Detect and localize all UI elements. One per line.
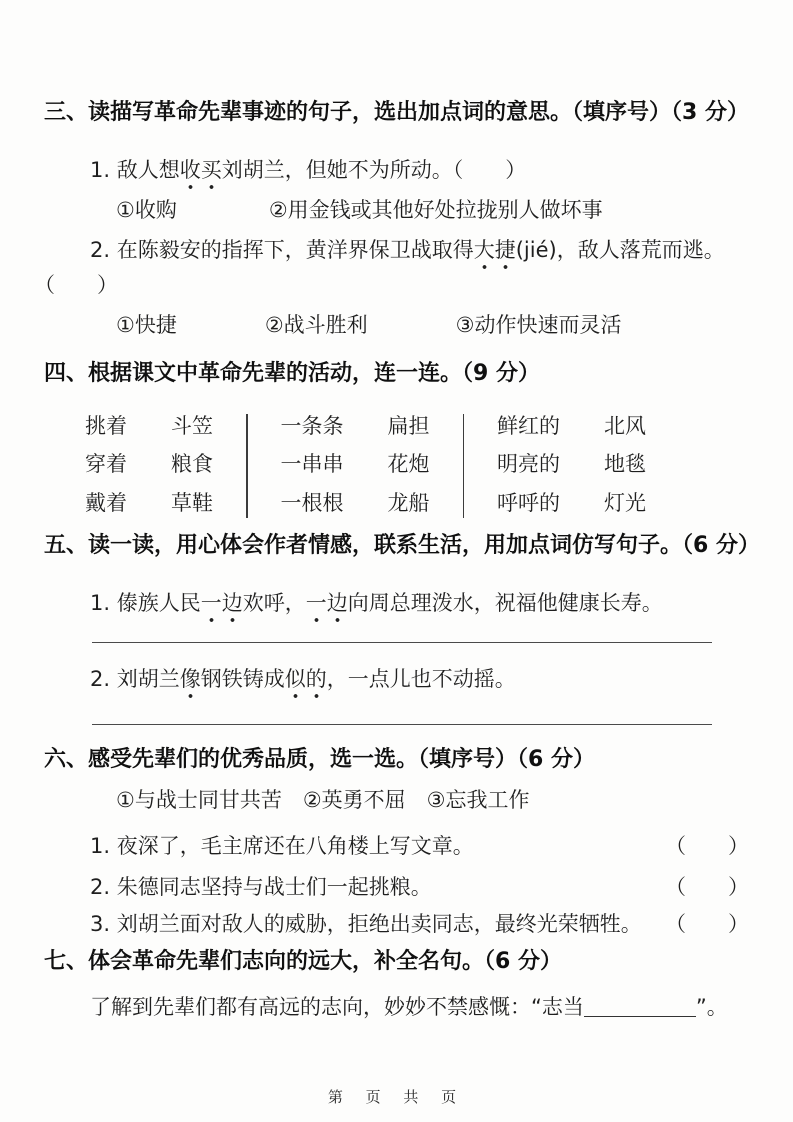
s5q1-pre: 1. 傣族人民 <box>90 591 201 615</box>
match-word: 灯光 <box>604 489 646 518</box>
match-word: 一根根 <box>281 489 344 518</box>
option-1: ①收购 <box>116 195 177 225</box>
section-6-option-line: ①与战士同甘共苦 ②英勇不屈 ③忘我工作 <box>44 785 749 815</box>
worksheet-content: 三、读描写革命先辈事迹的句子，选出加点词的意思。（填序号）（3 分） 1. 敌人… <box>0 98 793 1022</box>
section-7-sentence: 了解到先辈们都有高远的志向，妙妙不禁感慨：“志当”。 <box>44 992 749 1022</box>
match-group-3: 鲜红的北风 明亮的地毯 呼呼的灯光 <box>497 412 646 518</box>
section-5-sentence-1: 1. 傣族人民一边欢呼，一边向周总理泼水，祝福他健康长寿。 <box>44 588 749 618</box>
answer-bracket: （ ） <box>665 872 749 902</box>
section-3-title: 三、读描写革命先辈事迹的句子，选出加点词的意思。（填序号）（3 分） <box>44 98 749 129</box>
vertical-divider <box>246 414 248 518</box>
section-7-title: 七、体会革命先辈们志向的远大，补全名句。（6 分） <box>44 947 749 978</box>
s5q1-post: 向周总理泼水，祝福他健康长寿。 <box>348 591 663 615</box>
option-1: ①快捷 <box>116 313 177 337</box>
s5q1-emphasized-word-1: 一边 <box>201 591 243 623</box>
answer-writing-line <box>92 642 712 643</box>
match-word: 一串串 <box>281 450 344 479</box>
s5q2-emphasized-word-2: 似的 <box>285 667 327 699</box>
match-word: 龙船 <box>388 489 430 518</box>
s5q2-emphasized-word-1: 像 <box>180 667 201 699</box>
section-6-title: 六、感受先辈们的优秀品质，选一选。（填序号）（6 分） <box>44 745 749 776</box>
section-4-title: 四、根据课文中革命先辈的活动，连一连。（9 分） <box>44 359 749 390</box>
q1-text-post: 刘胡兰，但她不为所动。（ ） <box>222 158 527 182</box>
fill-in-blank-line <box>584 1013 696 1017</box>
match-word: 草鞋 <box>171 489 213 518</box>
vertical-divider <box>463 414 465 518</box>
s5q1-emphasized-word-2: 一边 <box>306 591 348 623</box>
match-word: 戴着 <box>85 489 127 518</box>
worksheet-page: 三、读描写革命先辈事迹的句子，选出加点词的意思。（填序号）（3 分） 1. 敌人… <box>0 0 793 1122</box>
item-text: 2. 朱德同志坚持与战士们一起挑粮。 <box>90 872 432 902</box>
section-3-question-2: 2. 在陈毅安的指挥下，黄洋界保卫战取得大捷(jié)，敌人落荒而逃。 <box>44 235 749 265</box>
matching-exercise: 挑着斗笠 穿着粮食 戴着草鞋 一条条扁担 一串串花炮 一根根龙船 鲜红的北风 明… <box>44 412 749 518</box>
q1-emphasized-word: 收买 <box>180 158 222 190</box>
q2-text-pre: 2. 在陈毅安的指挥下，黄洋界保卫战取得 <box>90 238 474 262</box>
match-group-1: 挑着斗笠 穿着粮食 戴着草鞋 <box>85 412 213 518</box>
s5q1-mid: 欢呼， <box>243 591 306 615</box>
match-group-2: 一条条扁担 一串串花炮 一根根龙船 <box>281 412 430 518</box>
section-6-item-1: 1. 夜深了，毛主席还在八角楼上写文章。（ ） <box>44 831 749 861</box>
answer-bracket: （ ） <box>665 909 749 939</box>
section-6-item-2: 2. 朱德同志坚持与战士们一起挑粮。（ ） <box>44 872 749 902</box>
s5q2-post: ，一点儿也不动摇。 <box>327 667 516 691</box>
option-2: ②战斗胜利 <box>265 313 368 337</box>
match-word: 地毯 <box>604 450 646 479</box>
match-word: 粮食 <box>171 450 213 479</box>
s5q2-mid: 钢铁铸成 <box>201 667 285 691</box>
section-3-question-1: 1. 敌人想收买刘胡兰，但她不为所动。（ ） <box>44 155 749 185</box>
section-3-question-2-options: ①快捷②战斗胜利③动作快速而灵活 <box>44 310 749 340</box>
option-3: ③动作快速而灵活 <box>456 313 622 337</box>
section-3-question-1-options: ①收购②用金钱或其他好处拉拢别人做坏事 <box>44 195 749 225</box>
match-word: 鲜红的 <box>497 412 560 441</box>
s7-post: ”。 <box>696 995 728 1019</box>
page-footer: 第 页 共 页 <box>0 1086 793 1107</box>
section-5-title: 五、读一读，用心体会作者情感，联系生活，用加点词仿写句子。（6 分） <box>44 531 749 562</box>
match-word: 明亮的 <box>497 450 560 479</box>
option-2: ②用金钱或其他好处拉拢别人做坏事 <box>269 195 603 225</box>
match-word: 挑着 <box>85 412 127 441</box>
answer-bracket: （ ） <box>34 270 749 300</box>
item-text: 1. 夜深了，毛主席还在八角楼上写文章。 <box>90 831 474 861</box>
item-text: 3. 刘胡兰面对敌人的威胁，拒绝出卖同志，最终光荣牺牲。 <box>90 909 642 939</box>
answer-writing-line <box>92 724 712 725</box>
section-6-item-3: 3. 刘胡兰面对敌人的威胁，拒绝出卖同志，最终光荣牺牲。（ ） <box>44 909 749 939</box>
section-5-sentence-2: 2. 刘胡兰像钢铁铸成似的，一点儿也不动摇。 <box>44 664 749 694</box>
match-word: 北风 <box>604 412 646 441</box>
s5q2-pre: 2. 刘胡兰 <box>90 667 180 691</box>
answer-bracket: （ ） <box>665 831 749 861</box>
match-word: 穿着 <box>85 450 127 479</box>
q2-emphasized-word: 大捷 <box>474 238 516 270</box>
match-word: 一条条 <box>281 412 344 441</box>
match-word: 花炮 <box>388 450 430 479</box>
match-word: 扁担 <box>388 412 430 441</box>
match-word: 呼呼的 <box>497 489 560 518</box>
q1-text-pre: 1. 敌人想 <box>90 158 180 182</box>
match-word: 斗笠 <box>171 412 213 441</box>
q2-text-post: (jié)，敌人落荒而逃。 <box>516 238 725 262</box>
s7-pre: 了解到先辈们都有高远的志向，妙妙不禁感慨：“志当 <box>90 995 584 1019</box>
